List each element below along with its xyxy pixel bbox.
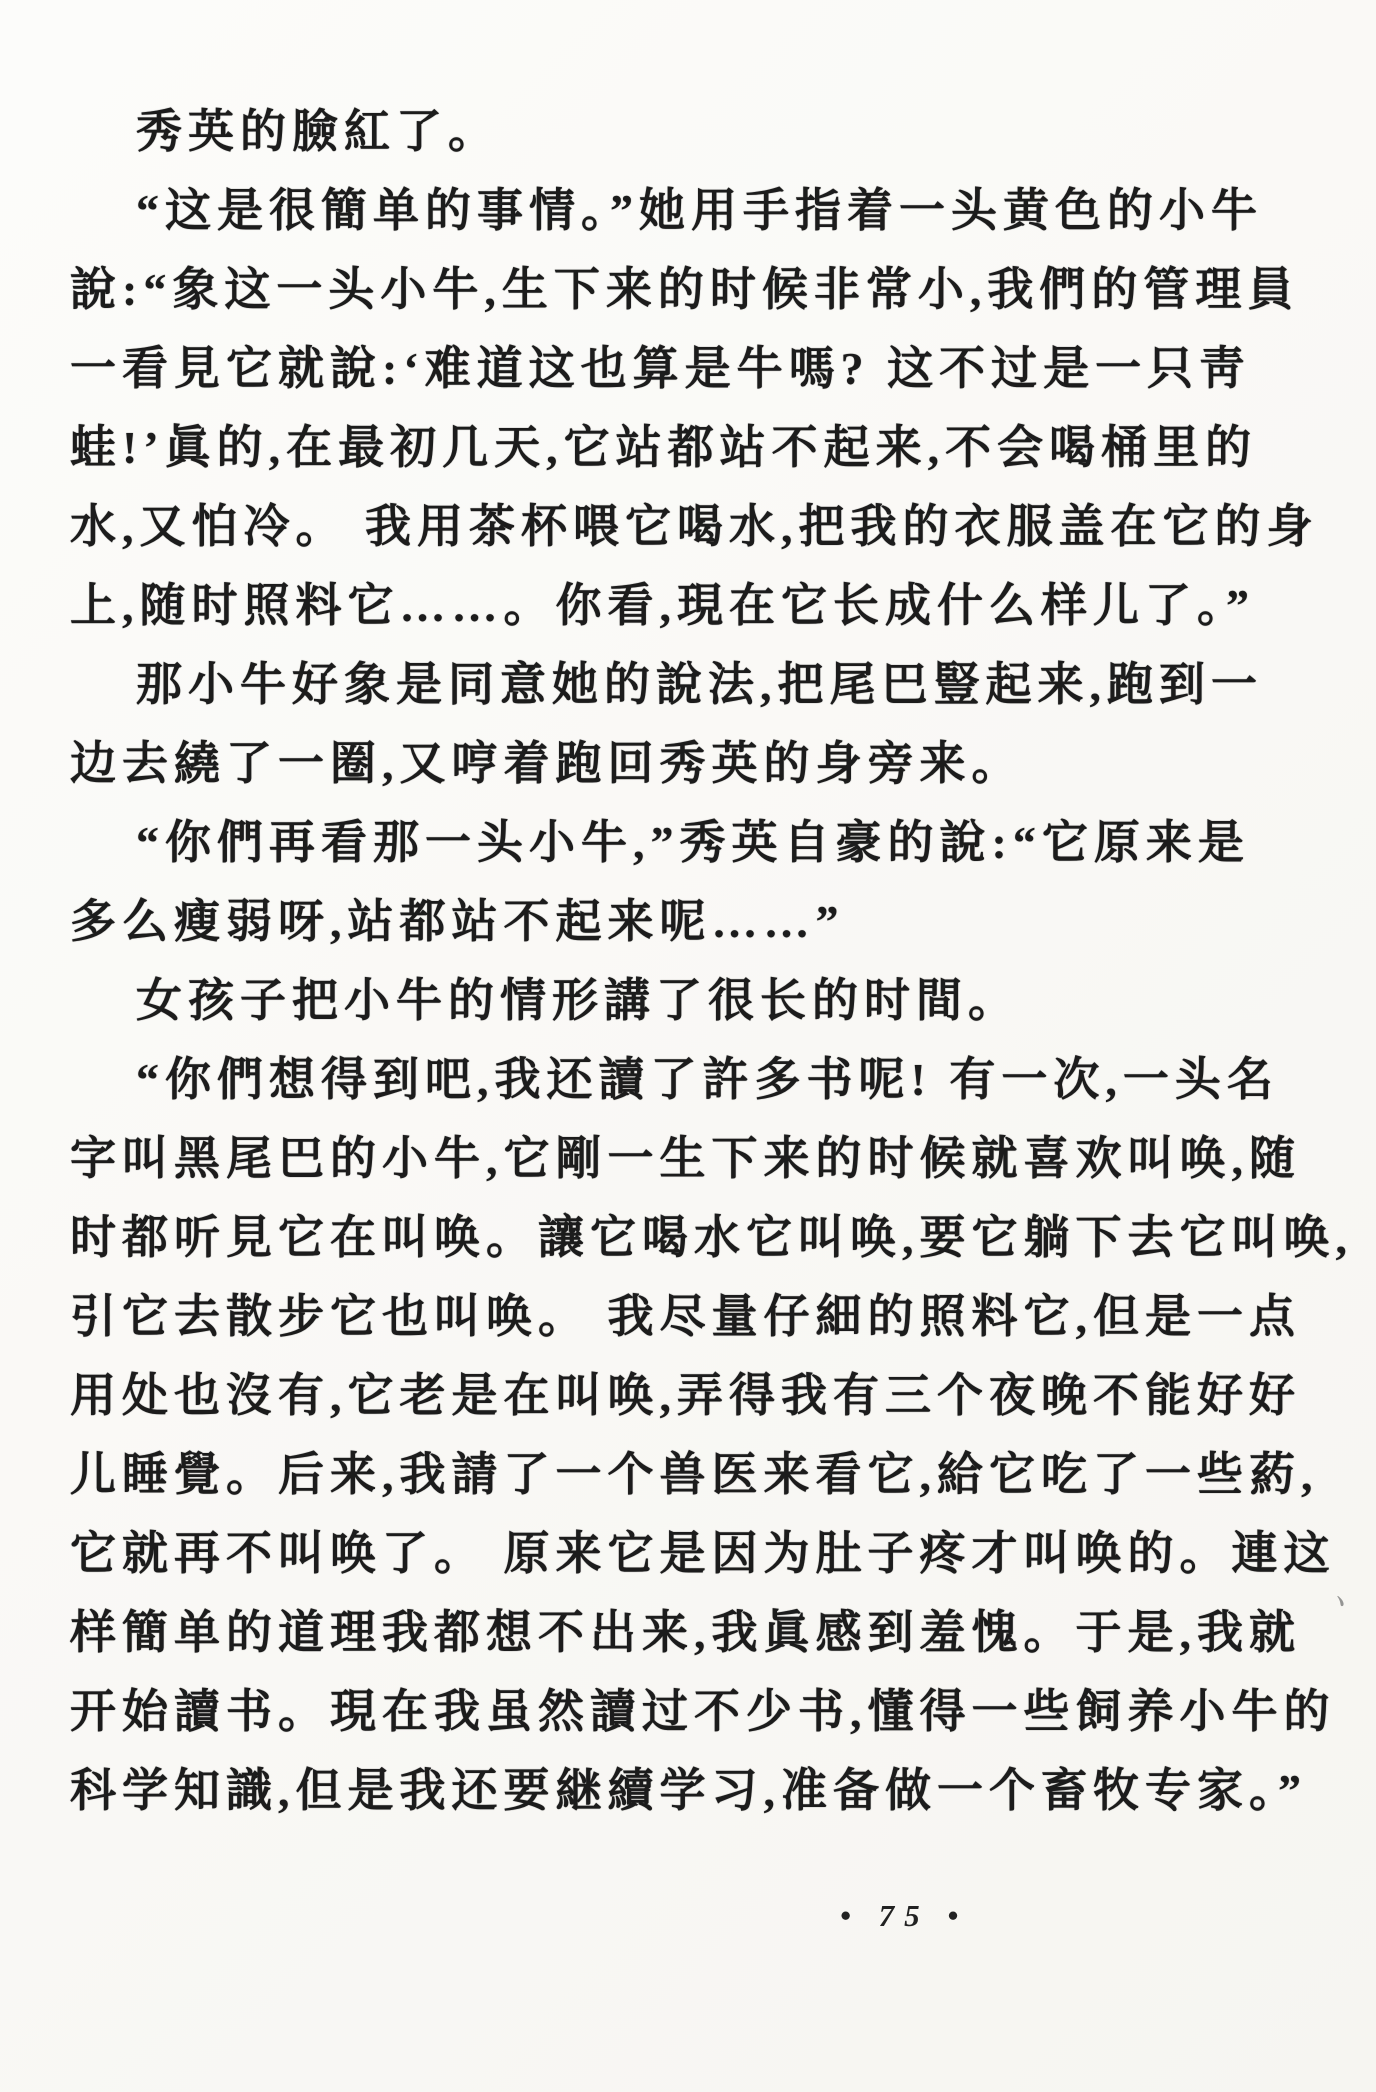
- text-line: 蛙!’眞的,在最初几天,它站都站不起来,不会喝桶里的: [70, 412, 1320, 491]
- text-line: 秀英的臉紅了。: [70, 96, 1320, 175]
- text-line: 儿睡覺。后来,我請了一个兽医来看它,給它吃了一些葯,: [70, 1439, 1320, 1518]
- text-line: 一看見它就說:‘难道这也算是牛嗎? 这不过是一只靑: [70, 333, 1320, 412]
- stray-ink-mark: 、: [1331, 1564, 1376, 1621]
- text-line: 样簡单的道理我都想不出来,我眞感到羞愧。于是,我就: [70, 1597, 1320, 1676]
- text-line: “你們想得到吧,我还讀了許多书呢! 有一次,一头名: [70, 1044, 1320, 1123]
- text-line: 水,又怕冷。 我用茶杯喂它喝水,把我的衣服盖在它的身: [70, 491, 1320, 570]
- page-number: • 75 •: [840, 1898, 968, 1934]
- text-line: 时都听見它在叫唤。讓它喝水它叫唤,要它躺下去它叫唤,: [70, 1202, 1320, 1281]
- text-line: “你們再看那一头小牛,”秀英自豪的說:“它原来是: [70, 807, 1320, 886]
- text-line: 开始讀书。現在我虽然讀过不少书,懂得一些飼养小牛的: [70, 1676, 1320, 1755]
- page-text: 秀英的臉紅了。 “这是很簡单的事情。”她用手指着一头黄色的小牛 說:“象这一头小…: [70, 96, 1320, 1834]
- text-line: 引它去散步它也叫唤。 我尽量仔細的照料它,但是一点: [70, 1281, 1320, 1360]
- book-page: 秀英的臉紅了。 “这是很簡单的事情。”她用手指着一头黄色的小牛 說:“象这一头小…: [0, 0, 1376, 2092]
- text-line: 女孩子把小牛的情形講了很长的时間。: [70, 965, 1320, 1044]
- text-line: 多么瘦弱呀,站都站不起来呢……”: [70, 886, 1320, 965]
- text-line: 說:“象这一头小牛,生下来的时候非常小,我們的管理員: [70, 254, 1320, 333]
- text-line: 上,随时照料它……。你看,現在它长成什么样儿了。”: [70, 570, 1320, 649]
- text-line: 字叫黑尾巴的小牛,它剛一生下来的时候就喜欢叫唤,随: [70, 1123, 1320, 1202]
- text-line: 边去繞了一圈,又哼着跑回秀英的身旁来。: [70, 728, 1320, 807]
- text-line: “这是很簡单的事情。”她用手指着一头黄色的小牛: [70, 175, 1320, 254]
- text-line: 那小牛好象是同意她的說法,把尾巴豎起来,跑到一: [70, 649, 1320, 728]
- text-line: 它就再不叫唤了。 原来它是因为肚子疼才叫唤的。連这: [70, 1518, 1320, 1597]
- text-line: 科学知識,但是我还要継續学习,准备做一个畜牧专家。”: [70, 1755, 1320, 1834]
- text-line: 用处也沒有,它老是在叫唤,弄得我有三个夜晚不能好好: [70, 1360, 1320, 1439]
